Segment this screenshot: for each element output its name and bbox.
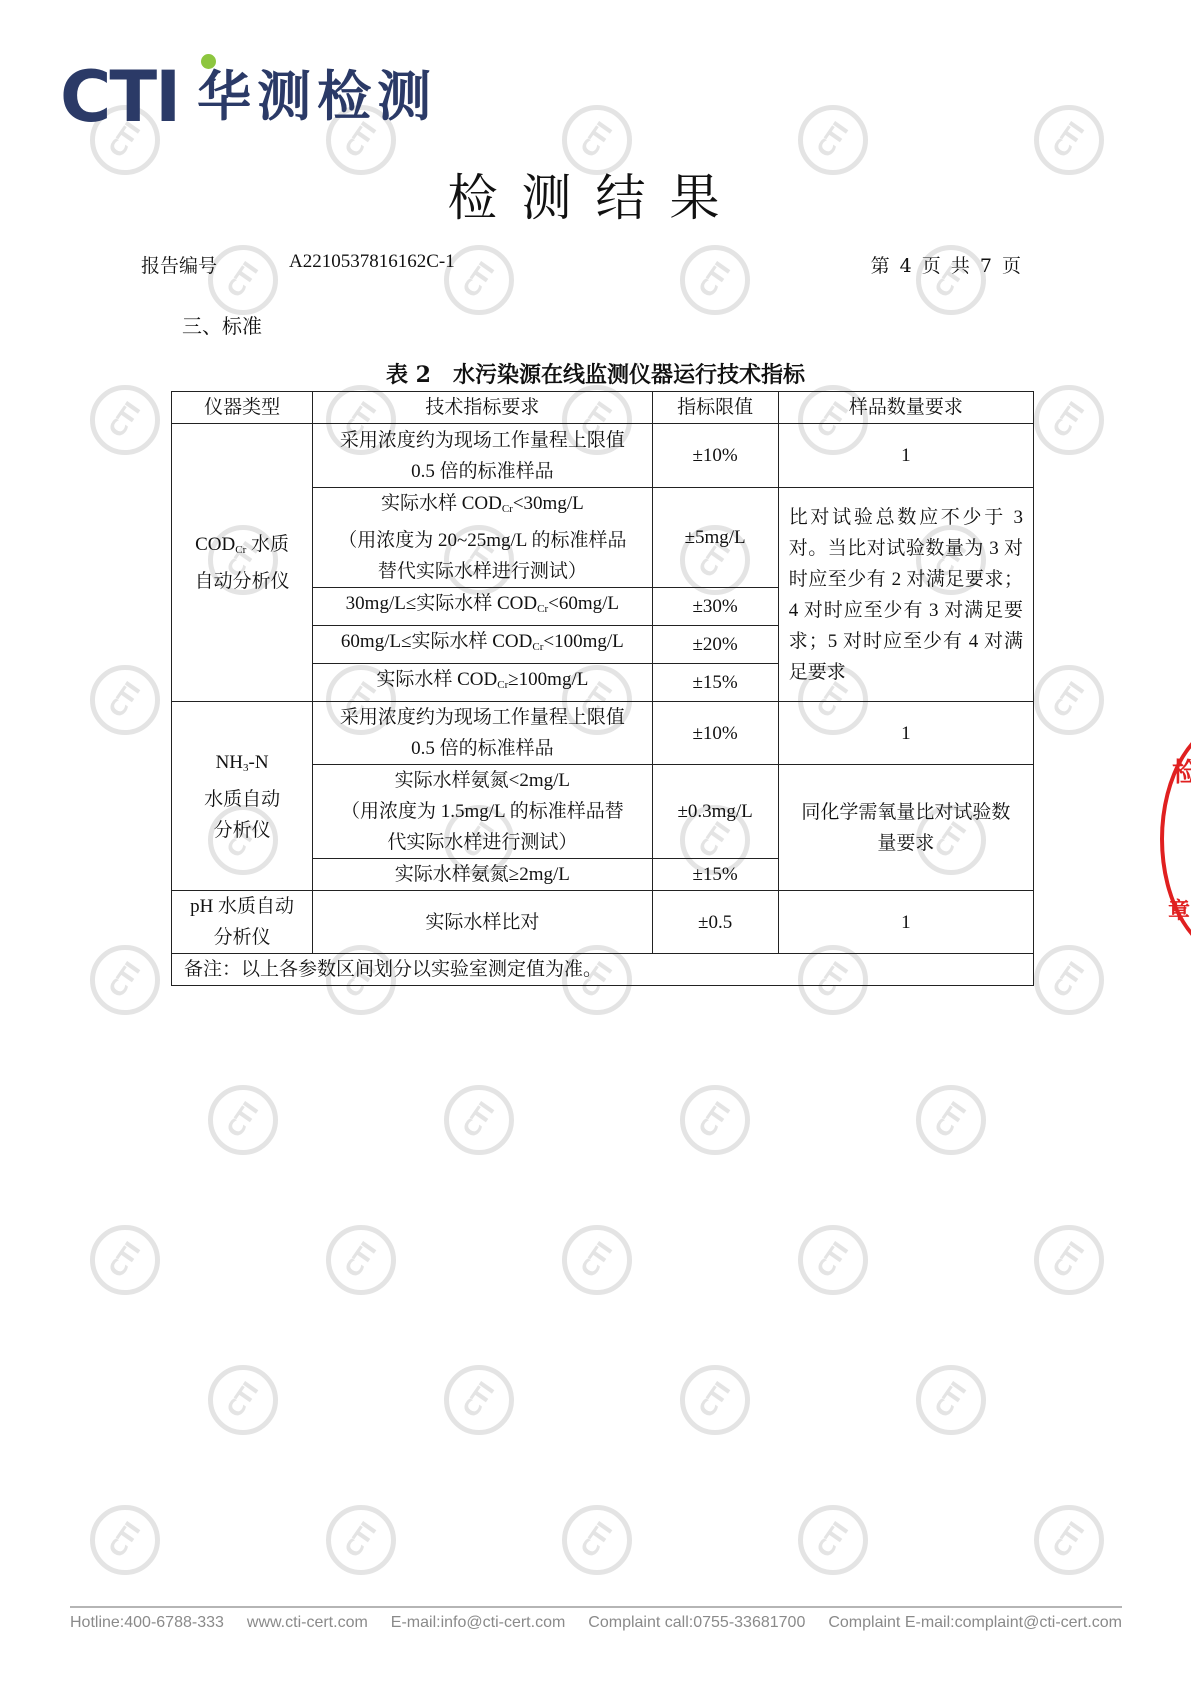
page-title: 检测结果 — [0, 158, 1191, 230]
company-logo: CTI 华测检测 — [60, 52, 437, 132]
cti-watermark-icon: CTI — [916, 1365, 986, 1435]
section-heading: 三、标准 — [182, 310, 262, 339]
cti-watermark-icon: CTI — [326, 1225, 396, 1295]
limit-cell: ±20% — [652, 626, 778, 664]
cti-watermark-icon: CTI — [562, 1225, 632, 1295]
stamp-bottom-char: 章 — [1168, 894, 1190, 925]
header-technical-requirement: 技术指标要求 — [313, 392, 652, 424]
cti-watermark-icon: CTI — [90, 945, 160, 1015]
table-note-row: 备注：以上各参数区间划分以实验室测定值为准。 — [172, 954, 1034, 986]
header-limit-value: 指标限值 — [652, 392, 778, 424]
limit-cell: ±10% — [652, 702, 778, 765]
cti-watermark-icon: CTI — [680, 1085, 750, 1155]
cti-watermark-icon: CTI — [90, 385, 160, 455]
cti-watermark-icon: CTI — [326, 1505, 396, 1575]
sample-cell: 比对试验总数应不少于 3 对。当比对试验数量为 3 对时应至少有 2 对满足要求… — [778, 488, 1033, 702]
limit-cell: ±15% — [652, 664, 778, 702]
sample-cell: 1 — [778, 702, 1033, 765]
logo-chinese-name: 华测检测 — [197, 62, 437, 132]
cti-watermark-icon: CTI — [798, 1225, 868, 1295]
footer-email[interactable]: E-mail:info@cti-cert.com — [391, 1614, 566, 1632]
table-row: pH 水质自动分析仪 实际水样比对 ±0.5 1 — [172, 891, 1034, 954]
cti-watermark-icon: CTI — [1034, 1505, 1104, 1575]
table-caption: 表 2 水污染源在线监测仪器运行技术指标 — [0, 358, 1191, 389]
requirement-cell: 采用浓度约为现场工作量程上限值0.5 倍的标准样品 — [313, 702, 652, 765]
logo-cti-label: CTI — [60, 56, 179, 138]
table-row: NH3-N水质自动分析仪 采用浓度约为现场工作量程上限值0.5 倍的标准样品 ±… — [172, 702, 1034, 765]
sample-cell: 同化学需氧量比对试验数量要求 — [778, 765, 1033, 891]
cti-watermark-icon: CTI — [680, 245, 750, 315]
report-number: A2210537816162C-1 — [289, 251, 455, 273]
cti-watermark-icon: CTI — [90, 1225, 160, 1295]
cti-watermark-icon: CTI — [680, 1365, 750, 1435]
cti-watermark-icon: CTI — [90, 1505, 160, 1575]
limit-cell: ±5mg/L — [652, 488, 778, 588]
page-footer: Hotline:400-6788-333 www.cti-cert.com E-… — [70, 1614, 1122, 1632]
instrument-nh3n: NH3-N水质自动分析仪 — [172, 702, 313, 891]
requirement-cell: 30mg/L≤实际水样 CODCr<60mg/L — [313, 588, 652, 626]
footer-complaint-email[interactable]: Complaint E-mail:complaint@cti-cert.com — [828, 1614, 1122, 1632]
cti-watermark-icon: CTI — [208, 1085, 278, 1155]
cti-watermark-icon: CTI — [1034, 385, 1104, 455]
page-indicator: 第 4 页 共 7 页 — [871, 251, 1023, 278]
footer-divider — [70, 1606, 1122, 1608]
requirement-cell: 实际水样 CODCr≥100mg/L — [313, 664, 652, 702]
requirement-cell: 采用浓度约为现场工作量程上限值0.5 倍的标准样品 — [313, 424, 652, 488]
cti-watermark-icon: CTI — [208, 1365, 278, 1435]
header-sample-quantity: 样品数量要求 — [778, 392, 1033, 424]
cti-watermark-icon: CTI — [1034, 665, 1104, 735]
stamp-top-char: 检 — [1172, 752, 1191, 789]
table-note: 备注：以上各参数区间划分以实验室测定值为准。 — [172, 954, 1034, 986]
logo-dot-icon — [201, 54, 216, 69]
cti-watermark-icon: CTI — [562, 1505, 632, 1575]
header-instrument-type: 仪器类型 — [172, 392, 313, 424]
official-stamp: 检 章 — [1160, 720, 1191, 958]
logo-cti-text: CTI — [60, 62, 179, 132]
cti-watermark-icon: CTI — [444, 1085, 514, 1155]
instrument-ph: pH 水质自动分析仪 — [172, 891, 313, 954]
report-number-label: 报告编号 — [141, 251, 217, 278]
sample-cell: 1 — [778, 424, 1033, 488]
limit-cell: ±30% — [652, 588, 778, 626]
cti-watermark-icon: CTI — [1034, 1225, 1104, 1295]
cti-watermark-icon: CTI — [444, 1365, 514, 1435]
cti-watermark-icon: CTI — [916, 1085, 986, 1155]
footer-complaint-call: Complaint call:0755-33681700 — [588, 1614, 805, 1632]
cti-watermark-icon: CTI — [1034, 945, 1104, 1015]
cti-watermark-icon: CTI — [798, 1505, 868, 1575]
limit-cell: ±0.3mg/L — [652, 765, 778, 859]
requirement-cell: 60mg/L≤实际水样 CODCr<100mg/L — [313, 626, 652, 664]
instrument-cod: CODCr 水质自动分析仪 — [172, 424, 313, 702]
requirement-cell: 实际水样氨氮<2mg/L（用浓度为 1.5mg/L 的标准样品替代实际水样进行测… — [313, 765, 652, 859]
requirement-cell: 实际水样比对 — [313, 891, 652, 954]
footer-hotline: Hotline:400-6788-333 — [70, 1614, 224, 1632]
requirement-cell: 实际水样氨氮≥2mg/L — [313, 859, 652, 891]
limit-cell: ±10% — [652, 424, 778, 488]
cti-watermark-icon: CTI — [90, 665, 160, 735]
footer-website[interactable]: www.cti-cert.com — [247, 1614, 368, 1632]
sample-cell: 1 — [778, 891, 1033, 954]
requirement-cell: 实际水样 CODCr<30mg/L（用浓度为 20~25mg/L 的标准样品替代… — [313, 488, 652, 588]
limit-cell: ±0.5 — [652, 891, 778, 954]
standards-table: 仪器类型 技术指标要求 指标限值 样品数量要求 CODCr 水质自动分析仪 采用… — [171, 391, 1034, 986]
table-row: CODCr 水质自动分析仪 采用浓度约为现场工作量程上限值0.5 倍的标准样品 … — [172, 424, 1034, 488]
cti-watermark-icon: CTI — [208, 245, 278, 315]
limit-cell: ±15% — [652, 859, 778, 891]
table-header-row: 仪器类型 技术指标要求 指标限值 样品数量要求 — [172, 392, 1034, 424]
